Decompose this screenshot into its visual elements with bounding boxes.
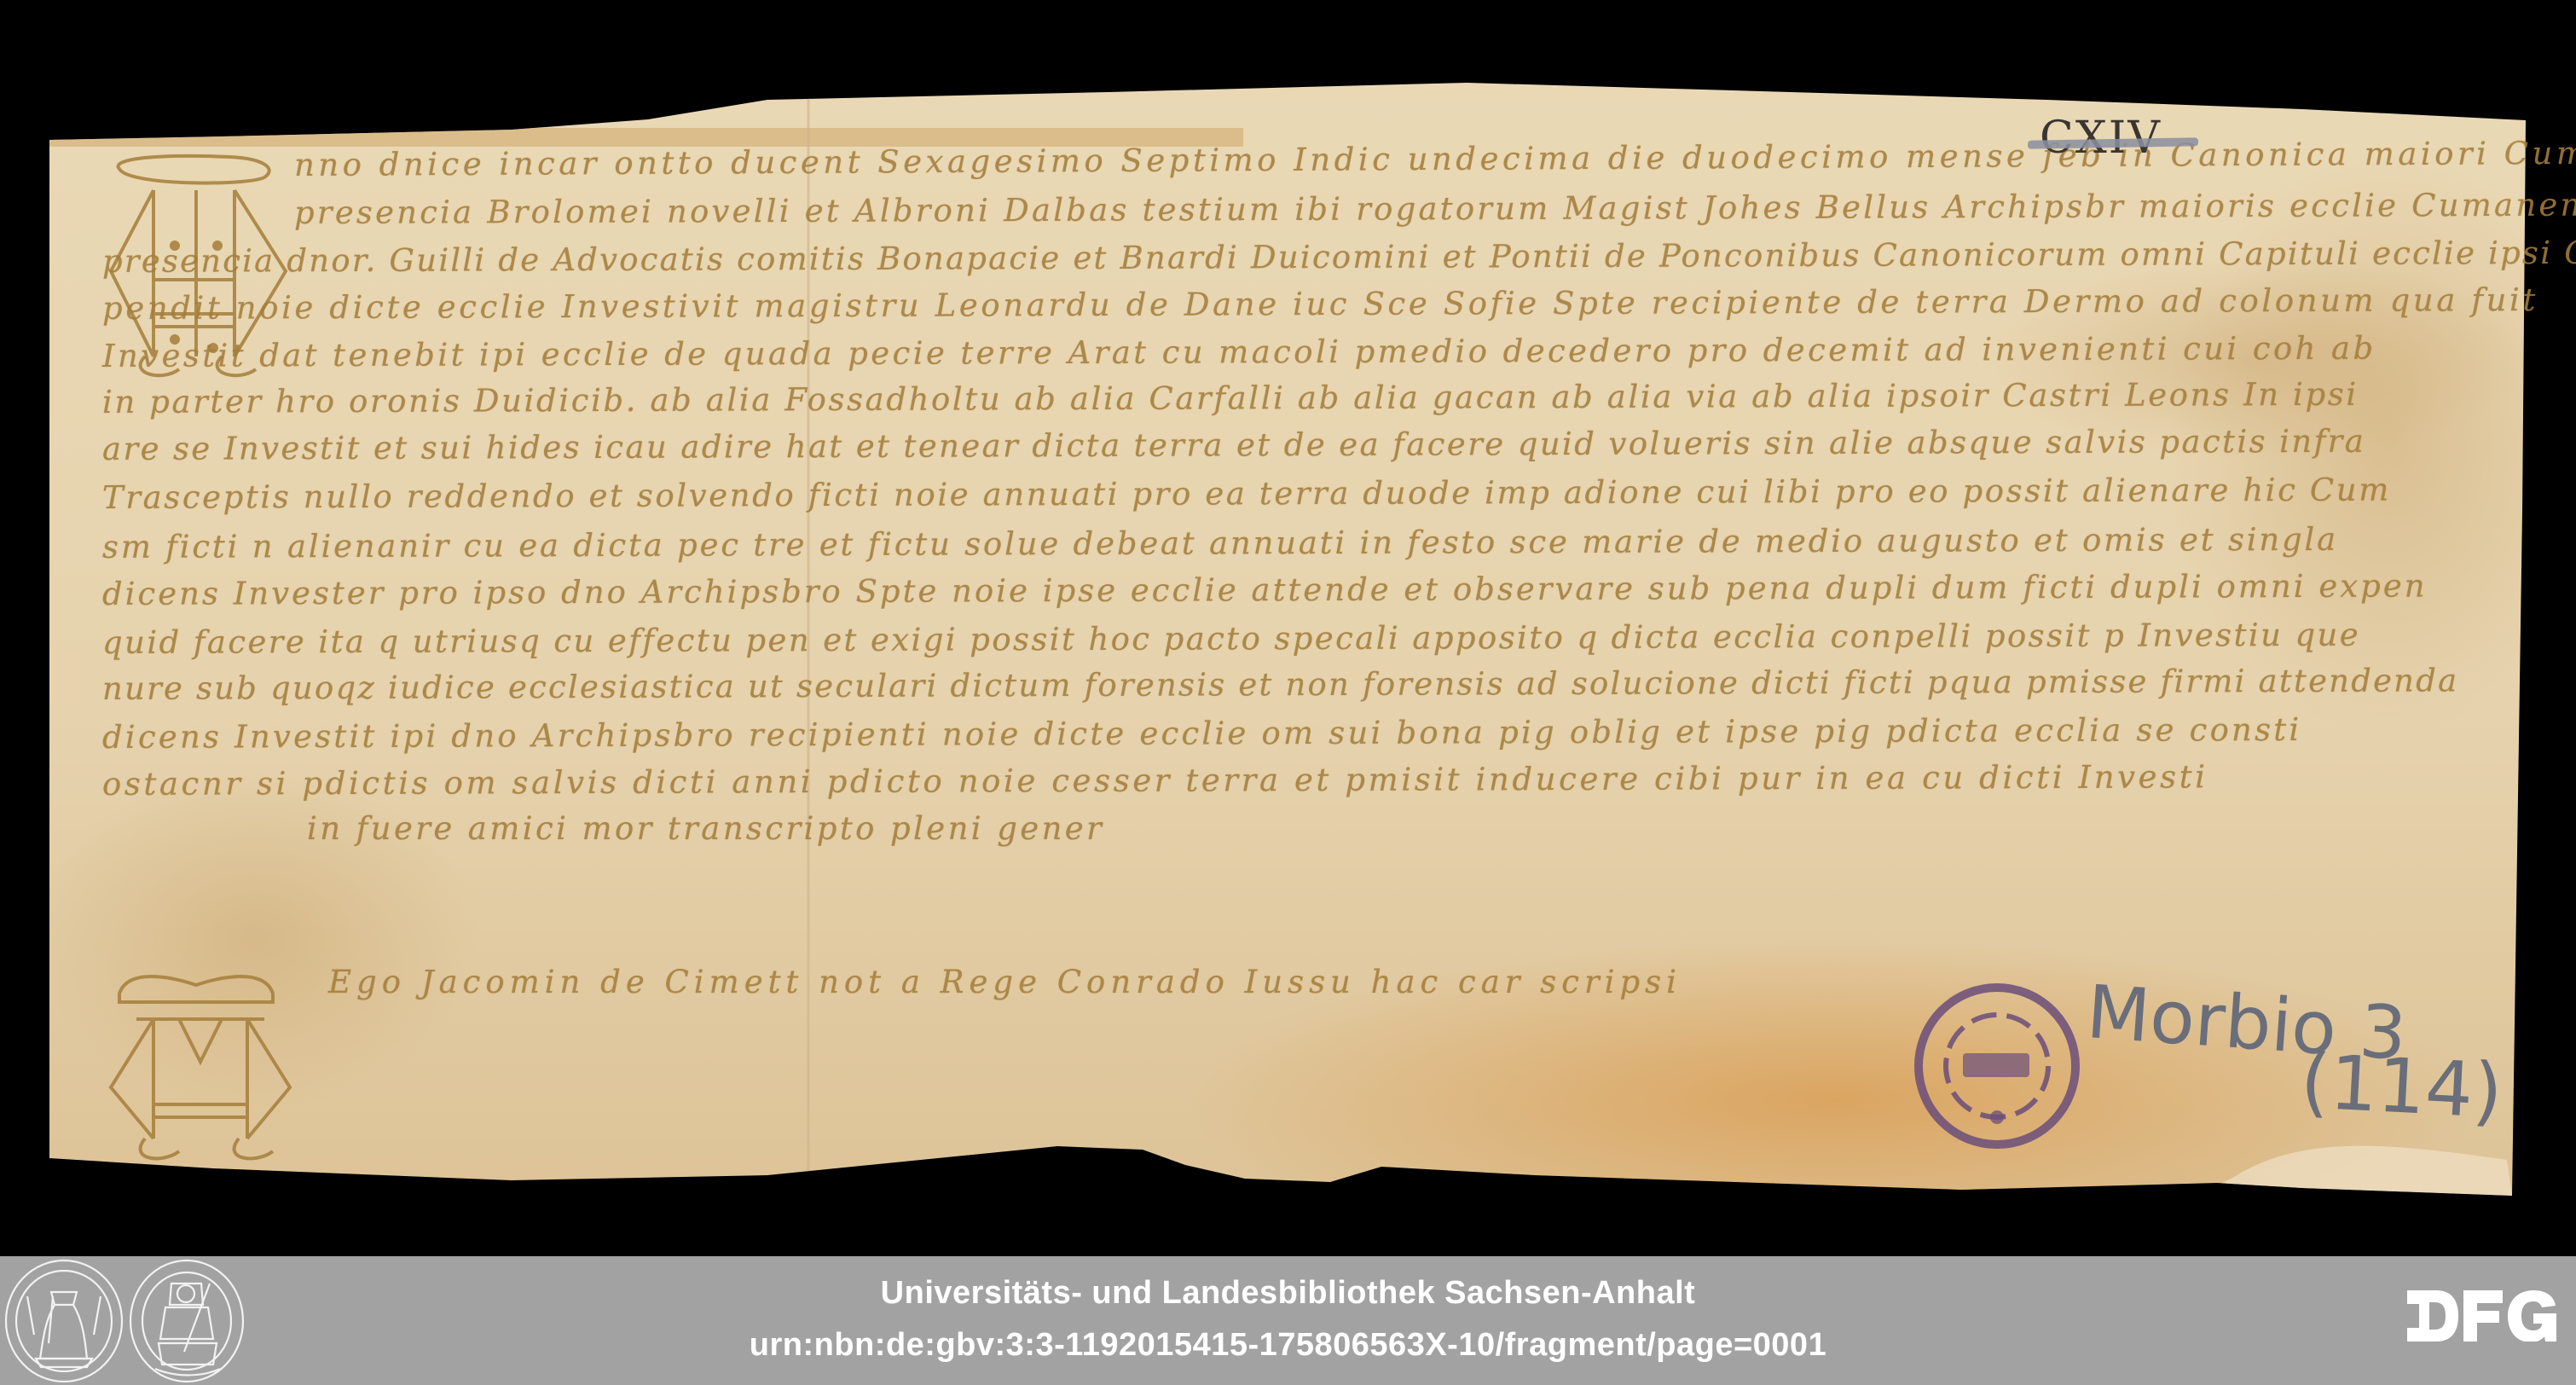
provenance-footer: Universitäts- und Landesbibliothek Sachs… — [0, 1256, 2576, 1385]
library-stamp-icon — [1912, 981, 2082, 1151]
pencil-annotation-number: (114) — [2298, 1037, 2504, 1135]
dfg-logo-icon — [2407, 1290, 2556, 1342]
institution-name: Universitäts- und Landesbibliothek Sachs… — [0, 1275, 2576, 1312]
notary-subscription-line: Ego Jacomin de Cimett not a Rege Conrado… — [328, 964, 1682, 1000]
manuscript-line-15: in fuere amici mor transcripto pleni gen… — [307, 810, 1104, 847]
urn-identifier[interactable]: urn:nbn:de:gbv:3:3-1192015415-175806563X… — [0, 1327, 2576, 1364]
document-viewer: nno dnice incar ontto ducent Sexagesimo … — [0, 0, 2576, 1256]
manuscript-line-13: dicens Investit ipi dno Archipsbro recip… — [102, 711, 2301, 756]
manuscript-line-9: sm ficti n alienanir cu ea dicta pec tre… — [102, 521, 2338, 565]
manuscript-line-14: ostacnr si pdictis om salvis dicti anni … — [102, 758, 2208, 803]
notarial-sign-icon — [102, 959, 298, 1164]
